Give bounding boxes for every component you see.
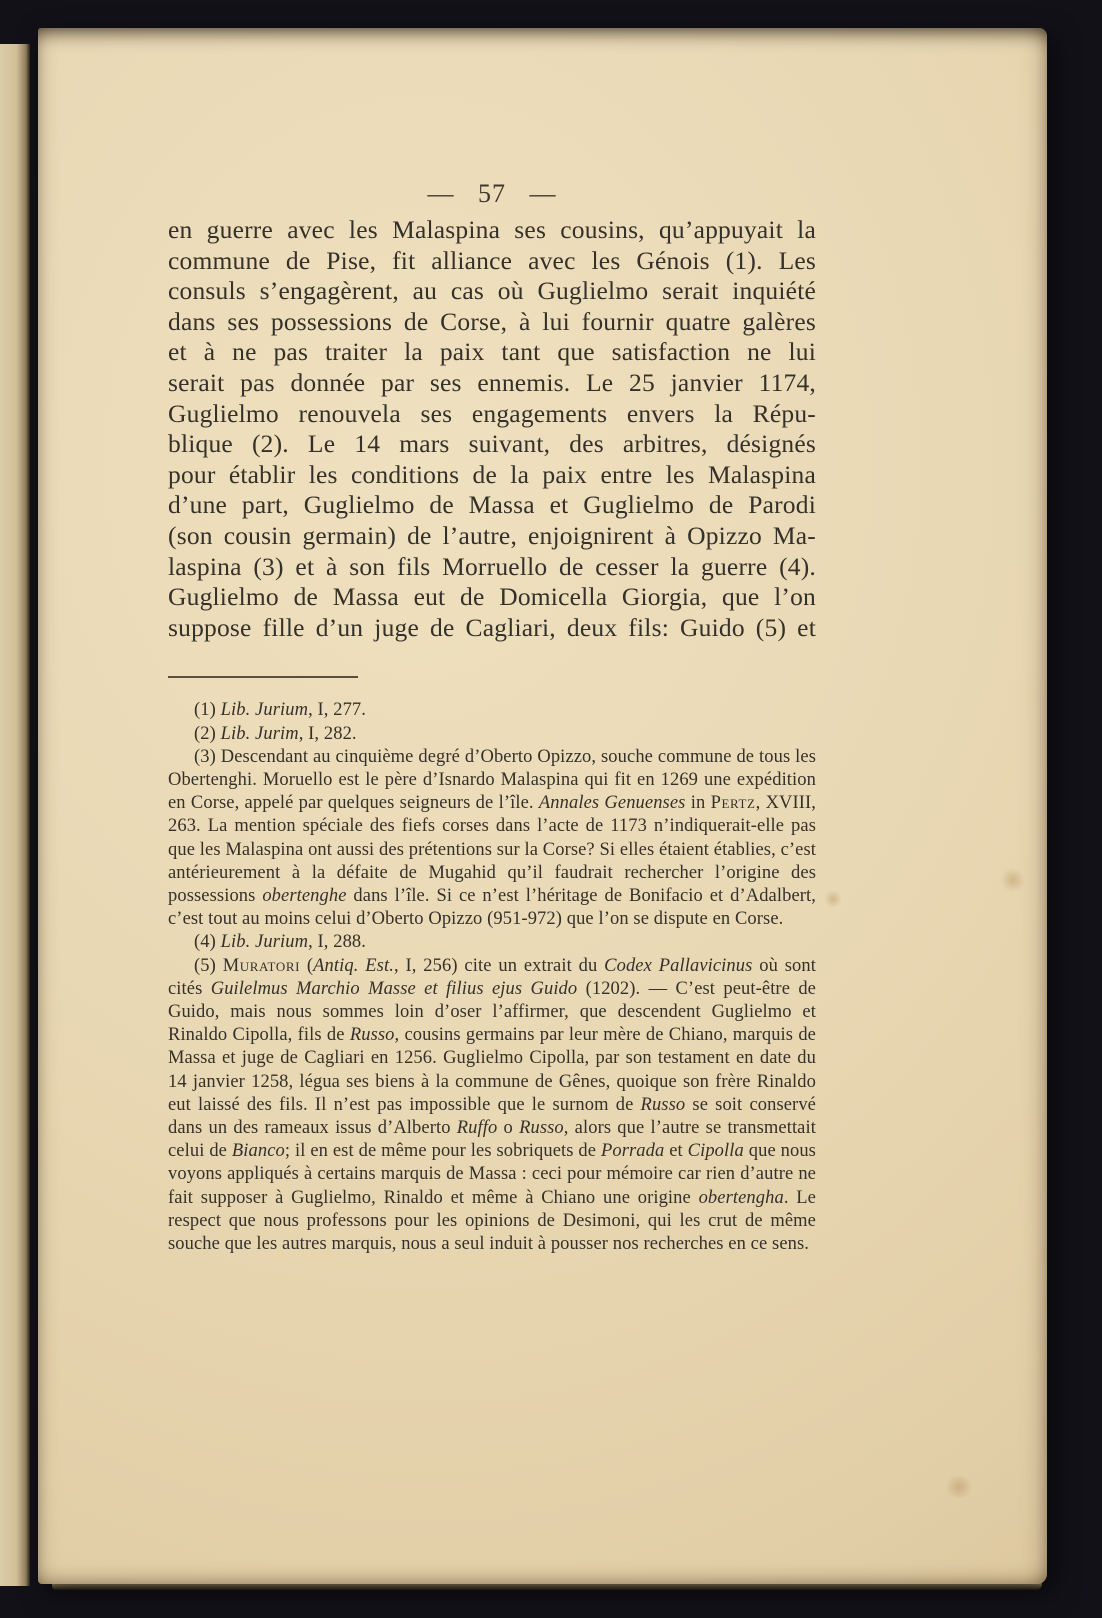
text-line: Guglielmo renouvela ses engagements enve… (168, 399, 816, 430)
footnote-4: (4) Lib. Jurium, I, 288. (168, 931, 816, 954)
smallcaps-text: Pertz (711, 793, 756, 813)
plain-text: ( (300, 956, 313, 976)
italic-text: Russo (350, 1025, 395, 1045)
text-line: d’une part, Guglielmo de Massa et Guglie… (168, 490, 816, 521)
text-line: pour établir les conditions de la paix e… (168, 460, 816, 491)
text-line: blique (2). Le 14 mars suivant, des arbi… (168, 429, 816, 460)
main-text: en guerre avec les Malaspina ses cousins… (168, 215, 816, 643)
footnote-1: (1) Lib. Jurium, I, 277. (168, 699, 816, 722)
plain-text: o (497, 1118, 519, 1138)
footnote-3: (3) Descendant au cinquième degré d’Ober… (168, 746, 816, 932)
italic-text: Bianco (232, 1141, 285, 1161)
text-line: (son cousin germain) de l’autre, enjoign… (168, 521, 816, 552)
text-line: serait pas donnée par ses ennemis. Le 25… (168, 368, 816, 399)
plain-text: ; il en est de même pour les sobriquets … (285, 1141, 601, 1161)
italic-text: Annales Genuenses (539, 793, 686, 813)
paper-stain (824, 890, 842, 908)
text-line: Guglielmo de Massa eut de Domicella Gior… (168, 582, 816, 613)
italic-text: Antiq. Est. (313, 956, 394, 976)
page-number: — 57 — (168, 178, 816, 210)
paper-stain (1000, 868, 1026, 892)
page-content: — 57 — en guerre avec les Malaspina ses … (168, 178, 816, 1256)
plain-text: (5) (194, 956, 223, 976)
underlying-page-edge (0, 44, 30, 1586)
plain-text: (1) (194, 700, 221, 720)
italic-text: Lib. Jurium (221, 932, 308, 952)
footnotes: (1) Lib. Jurium, I, 277.(2) Lib. Jurim, … (168, 699, 816, 1256)
italic-text: obertengha (699, 1188, 784, 1208)
italic-text: Guilelmus Marchio Masse et filius ejus G… (211, 979, 578, 999)
plain-text: (2) (194, 724, 221, 744)
text-line: et à ne pas traiter la paix tant que sat… (168, 337, 816, 368)
footnote-5: (5) Muratori (Antiq. Est., I, 256) cite … (168, 955, 816, 1257)
plain-text: , I, 282. (299, 724, 357, 744)
smallcaps-text: Muratori (223, 956, 300, 976)
plain-text: , I, 288. (308, 932, 366, 952)
text-line: laspina (3) et à son fils Morruello de c… (168, 552, 816, 583)
italic-text: Porrada (601, 1141, 664, 1161)
plain-text: et (664, 1141, 687, 1161)
italic-text: Russo (519, 1118, 564, 1138)
plain-text: , I, 277. (308, 700, 366, 720)
italic-text: Cipolla (688, 1141, 744, 1161)
paper-stain (944, 1476, 974, 1498)
italic-text: Lib. Jurium (221, 700, 308, 720)
footnote-separator (168, 676, 358, 678)
plain-text: , I, 256) cite un extrait du (394, 956, 604, 976)
text-line: consuls s’engagèrent, au cas où Guglielm… (168, 276, 816, 307)
text-line: dans ses possessions de Corse, à lui fou… (168, 307, 816, 338)
book-scan: — 57 — en guerre avec les Malaspina ses … (0, 0, 1102, 1618)
italic-text: Ruffo (457, 1118, 498, 1138)
footnote-2: (2) Lib. Jurim, I, 282. (168, 723, 816, 746)
plain-text: (4) (194, 932, 221, 952)
text-line: commune de Pise, fit alliance avec les G… (168, 246, 816, 277)
text-line: suppose fille d’un juge de Cagliari, deu… (168, 613, 816, 644)
book-page: — 57 — en guerre avec les Malaspina ses … (38, 28, 1047, 1584)
plain-text: in (685, 793, 710, 813)
italic-text: Lib. Jurim (221, 724, 299, 744)
text-line: en guerre avec les Malaspina ses cousins… (168, 215, 816, 246)
italic-text: Codex Pallavicinus (604, 956, 752, 976)
italic-text: obertenghe (262, 886, 346, 906)
italic-text: Russo (641, 1095, 686, 1115)
